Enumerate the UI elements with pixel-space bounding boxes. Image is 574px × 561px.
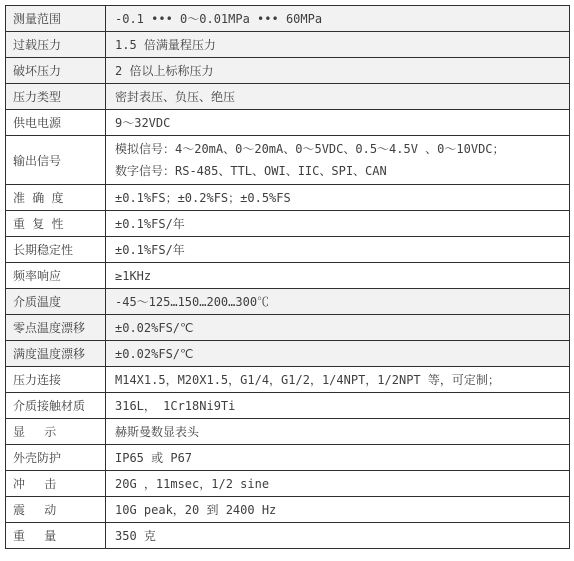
spec-row: 过载压力 1.5 倍满量程压力 — [6, 32, 570, 58]
spec-label: 介质温度 — [6, 289, 106, 315]
spec-row: 震 动 10G peak，20 到 2400 Hz — [6, 497, 570, 523]
spec-value: ≥1KHz — [106, 263, 570, 289]
spec-value-line: 10G peak，20 到 2400 Hz — [115, 502, 567, 518]
spec-label: 零点温度漂移 — [6, 315, 106, 341]
spec-label: 满度温度漂移 — [6, 341, 106, 367]
spec-label: 压力类型 — [6, 84, 106, 110]
spec-label: 震 动 — [6, 497, 106, 523]
spec-label: 过载压力 — [6, 32, 106, 58]
spec-label: 冲 击 — [6, 471, 106, 497]
spec-value-line: 模拟信号：4～20mA、0～20mA、0～5VDC、0.5～4.5V 、0～10… — [115, 138, 567, 160]
spec-label: 重 量 — [6, 523, 106, 549]
spec-label: 测量范围 — [6, 6, 106, 32]
spec-value-line: 9～32VDC — [115, 115, 567, 131]
spec-value: M14X1.5，M20X1.5，G1/4，G1/2，1/4NPT，1/2NPT … — [106, 367, 570, 393]
spec-value-line: 20G ，11msec，1/2 sine — [115, 476, 567, 492]
spec-value: 350 克 — [106, 523, 570, 549]
spec-label: 重 复 性 — [6, 211, 106, 237]
spec-value: ±0.02%FS/℃ — [106, 315, 570, 341]
spec-row: 介质接触材质 316L， 1Cr18Ni9Ti — [6, 393, 570, 419]
spec-label: 外壳防护 — [6, 445, 106, 471]
spec-row: 冲 击 20G ，11msec，1/2 sine — [6, 471, 570, 497]
spec-value-line: ±0.02%FS/℃ — [115, 320, 567, 336]
spec-value: 赫斯曼数显表头 — [106, 419, 570, 445]
spec-row: 重 量 350 克 — [6, 523, 570, 549]
spec-value-line: 2 倍以上标称压力 — [115, 63, 567, 79]
spec-value-line: ±0.1%FS/年 — [115, 216, 567, 232]
spec-value: -45～125…150…200…300℃ — [106, 289, 570, 315]
spec-row: 重 复 性 ±0.1%FS/年 — [6, 211, 570, 237]
spec-label: 准 确 度 — [6, 185, 106, 211]
spec-label: 破坏压力 — [6, 58, 106, 84]
spec-label: 长期稳定性 — [6, 237, 106, 263]
spec-value: 9～32VDC — [106, 110, 570, 136]
spec-value-line: 密封表压、负压、绝压 — [115, 89, 567, 105]
spec-label: 频率响应 — [6, 263, 106, 289]
spec-row: 介质温度 -45～125…150…200…300℃ — [6, 289, 570, 315]
spec-value: 模拟信号：4～20mA、0～20mA、0～5VDC、0.5～4.5V 、0～10… — [106, 136, 570, 185]
spec-value-line: -45～125…150…200…300℃ — [115, 294, 567, 310]
spec-label: 输出信号 — [6, 136, 106, 185]
spec-row: 供电电源 9～32VDC — [6, 110, 570, 136]
spec-row: 压力类型 密封表压、负压、绝压 — [6, 84, 570, 110]
spec-value: ±0.1%FS；±0.2%FS；±0.5%FS — [106, 185, 570, 211]
spec-value: 1.5 倍满量程压力 — [106, 32, 570, 58]
spec-table-body: 测量范围 -0.1 ••• 0～0.01MPa ••• 60MPa 过载压力 1… — [6, 6, 570, 549]
spec-table: 测量范围 -0.1 ••• 0～0.01MPa ••• 60MPa 过载压力 1… — [5, 5, 570, 549]
spec-value-line: 赫斯曼数显表头 — [115, 424, 567, 440]
spec-value-line: ±0.1%FS/年 — [115, 242, 567, 258]
spec-row: 外壳防护 IP65 或 P67 — [6, 445, 570, 471]
spec-value: 20G ，11msec，1/2 sine — [106, 471, 570, 497]
spec-label: 介质接触材质 — [6, 393, 106, 419]
spec-value-line: 316L， 1Cr18Ni9Ti — [115, 398, 567, 414]
spec-row: 准 确 度 ±0.1%FS；±0.2%FS；±0.5%FS — [6, 185, 570, 211]
spec-value: 316L， 1Cr18Ni9Ti — [106, 393, 570, 419]
spec-row: 破坏压力 2 倍以上标称压力 — [6, 58, 570, 84]
spec-row: 零点温度漂移 ±0.02%FS/℃ — [6, 315, 570, 341]
spec-row: 压力连接 M14X1.5，M20X1.5，G1/4，G1/2，1/4NPT，1/… — [6, 367, 570, 393]
spec-sheet: 测量范围 -0.1 ••• 0～0.01MPa ••• 60MPa 过载压力 1… — [0, 0, 574, 549]
spec-value-line: 1.5 倍满量程压力 — [115, 37, 567, 53]
spec-row: 输出信号 模拟信号：4～20mA、0～20mA、0～5VDC、0.5～4.5V … — [6, 136, 570, 185]
spec-row: 长期稳定性 ±0.1%FS/年 — [6, 237, 570, 263]
spec-value-line: ±0.1%FS；±0.2%FS；±0.5%FS — [115, 190, 567, 206]
spec-value: ±0.1%FS/年 — [106, 211, 570, 237]
spec-value-line: 350 克 — [115, 528, 567, 544]
spec-row: 显 示 赫斯曼数显表头 — [6, 419, 570, 445]
spec-value: 2 倍以上标称压力 — [106, 58, 570, 84]
spec-value: IP65 或 P67 — [106, 445, 570, 471]
spec-row: 测量范围 -0.1 ••• 0～0.01MPa ••• 60MPa — [6, 6, 570, 32]
spec-value-line: ±0.02%FS/℃ — [115, 346, 567, 362]
spec-value-line: ≥1KHz — [115, 268, 567, 284]
spec-value: 10G peak，20 到 2400 Hz — [106, 497, 570, 523]
spec-value: -0.1 ••• 0～0.01MPa ••• 60MPa — [106, 6, 570, 32]
spec-row: 满度温度漂移 ±0.02%FS/℃ — [6, 341, 570, 367]
spec-value-line: -0.1 ••• 0～0.01MPa ••• 60MPa — [115, 11, 567, 27]
spec-label: 供电电源 — [6, 110, 106, 136]
spec-value-line: IP65 或 P67 — [115, 450, 567, 466]
spec-value-line: M14X1.5，M20X1.5，G1/4，G1/2，1/4NPT，1/2NPT … — [115, 372, 567, 388]
spec-label: 压力连接 — [6, 367, 106, 393]
spec-value: ±0.1%FS/年 — [106, 237, 570, 263]
spec-row: 频率响应 ≥1KHz — [6, 263, 570, 289]
spec-label: 显 示 — [6, 419, 106, 445]
spec-value: ±0.02%FS/℃ — [106, 341, 570, 367]
spec-value-line: 数字信号：RS-485、TTL、OWI、IIC、SPI、CAN — [115, 160, 567, 182]
spec-value: 密封表压、负压、绝压 — [106, 84, 570, 110]
